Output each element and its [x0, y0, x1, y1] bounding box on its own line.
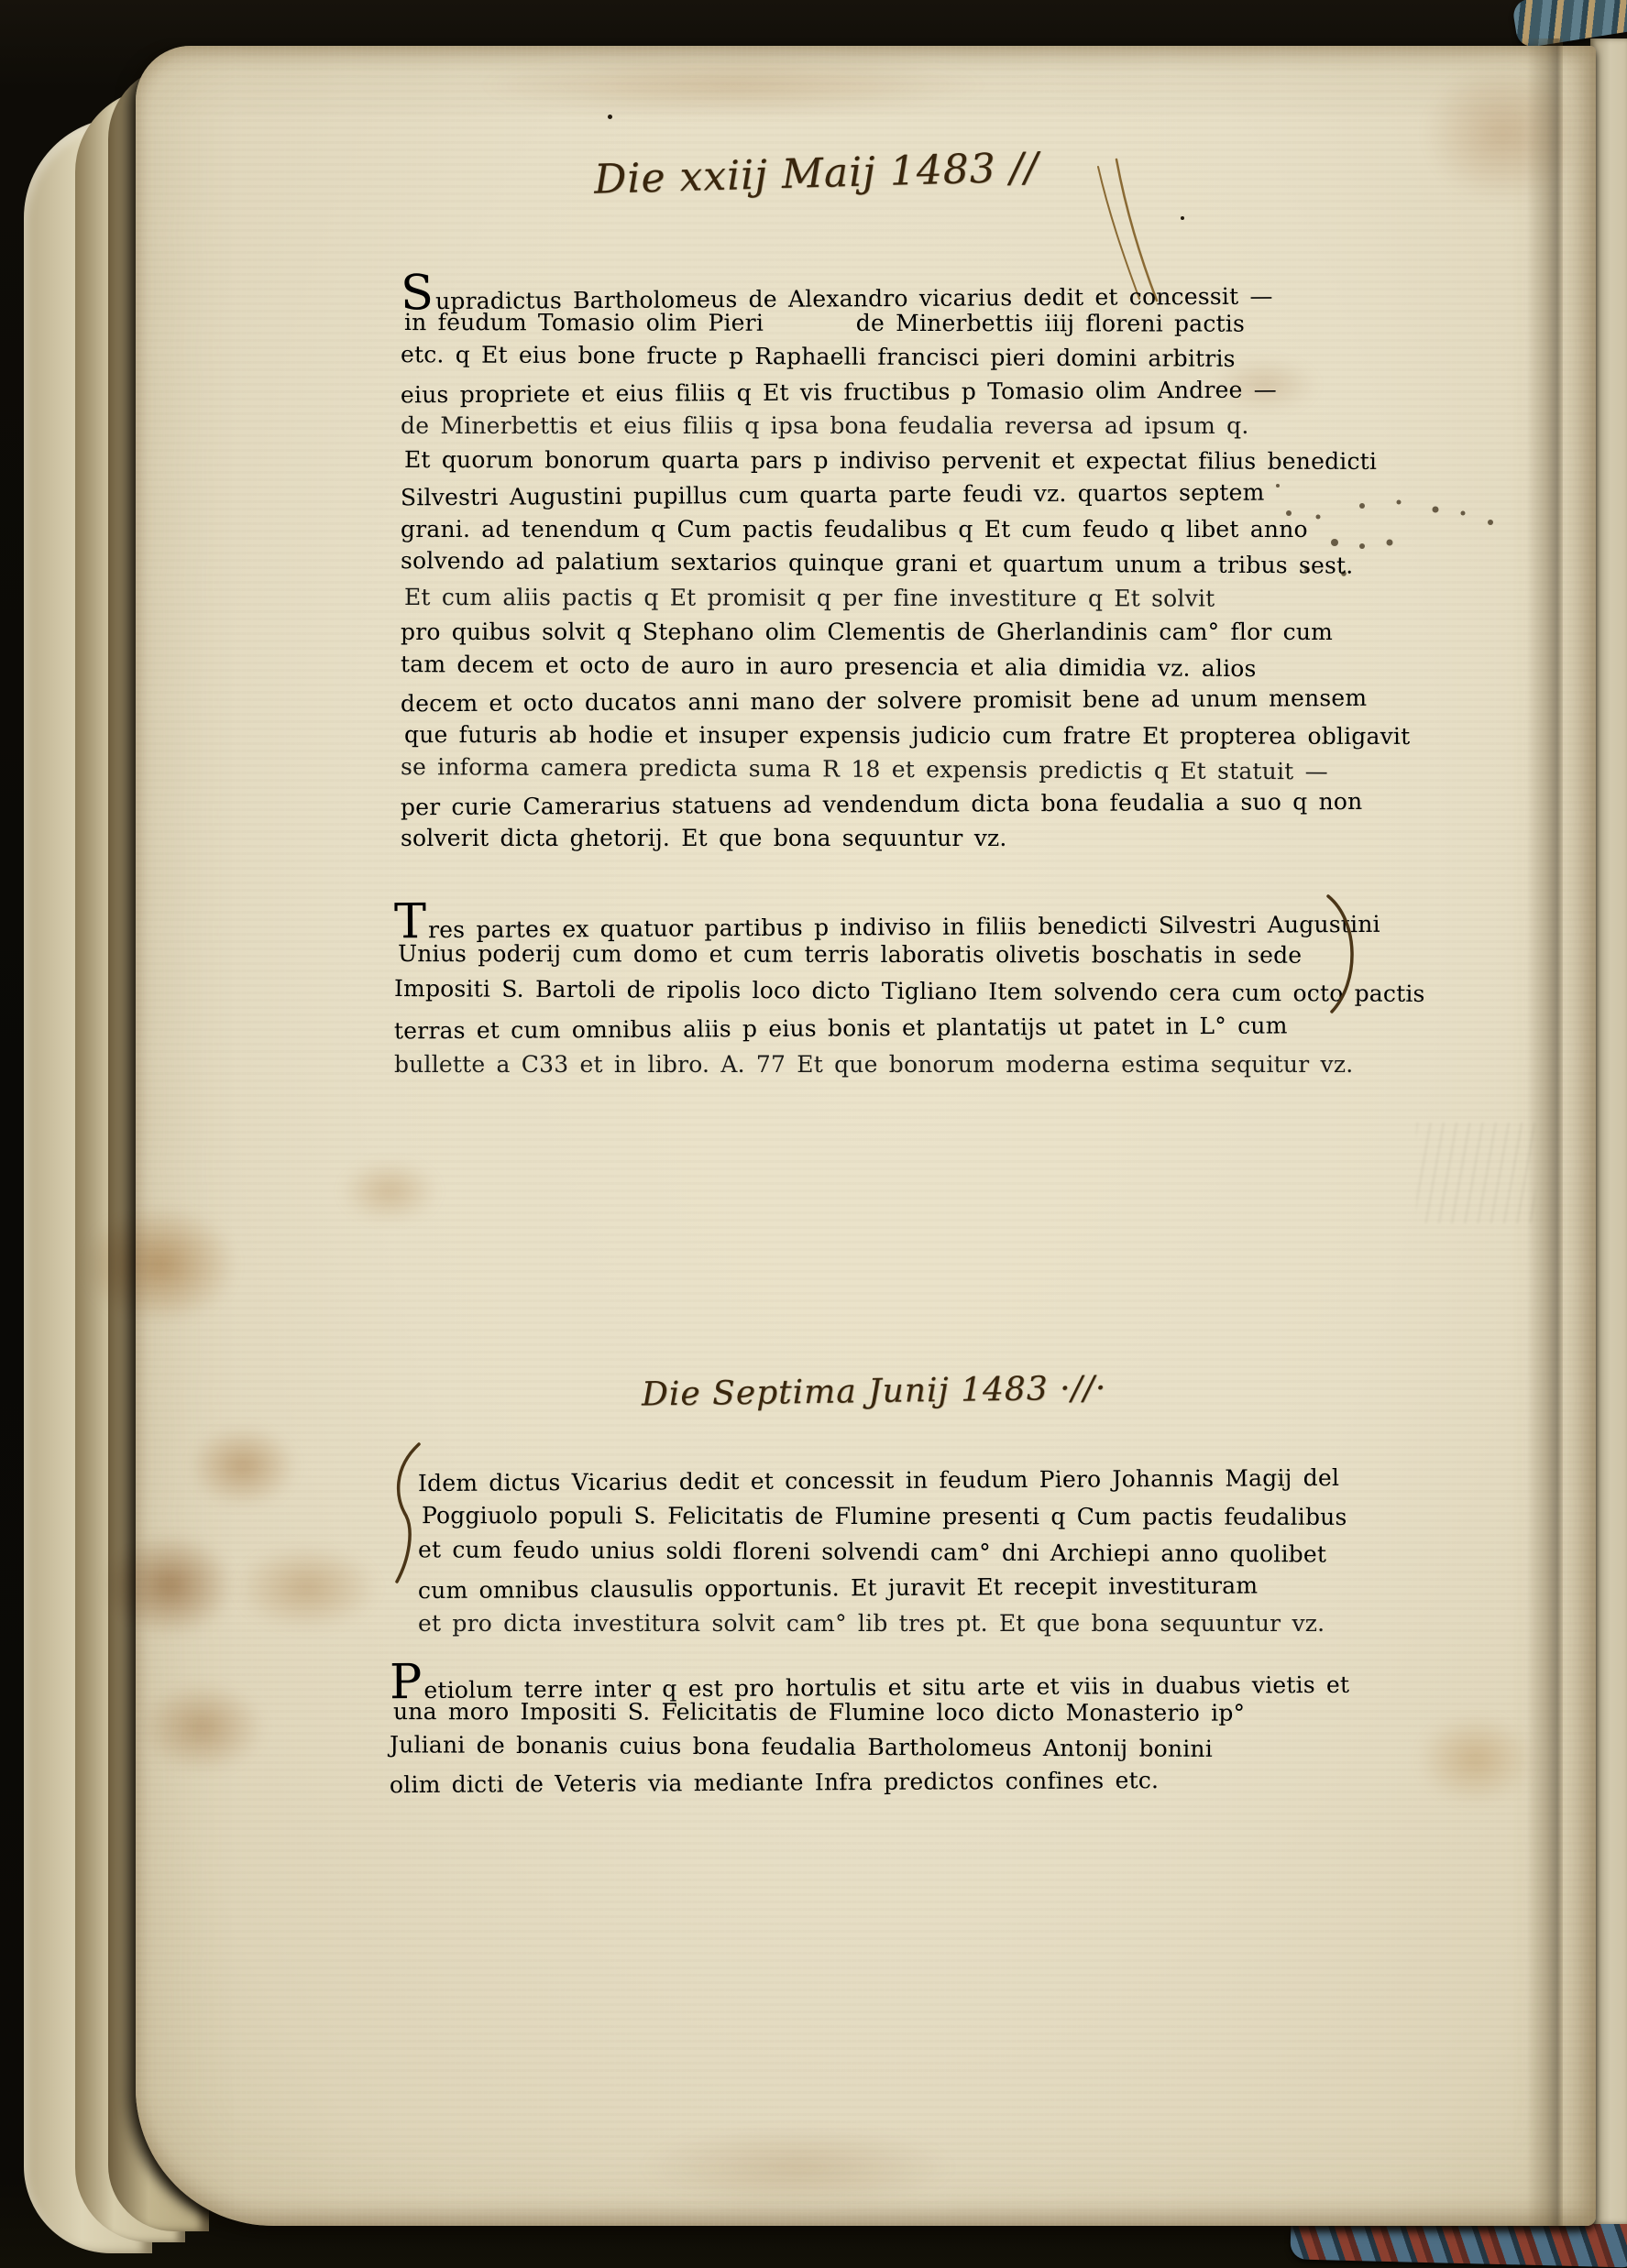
entry2-paragraph1: Idem dictus Vicarius dedit et concessit … [418, 1463, 1344, 1641]
manuscript-line: Petiolum terre inter q est pro hortulis … [390, 1658, 1349, 1698]
entry2-paragraph2: Petiolum terre inter q est pro hortulis … [390, 1660, 1349, 1800]
manuscript-line: cum omnibus clausulis opportunis. Et jur… [418, 1567, 1344, 1608]
manuscript-line: se informa camera predicta suma R 18 et … [401, 750, 1407, 789]
manuscript-line: etc. q Et eius bone fructe p Raphaelli f… [401, 337, 1407, 377]
manuscript-photo: Die xxiij Maij 1483 // Supradictus Barth… [0, 0, 1627, 2268]
stain [105, 1535, 234, 1636]
manuscript-line: pro quibus solvit q Stephano olim Clemen… [401, 615, 1406, 650]
adjacent-page-sliver [1590, 38, 1627, 2224]
manuscript-line: et pro dicta investitura solvit cam° lib… [418, 1605, 1344, 1641]
manuscript-line: Tres partes ex quatuor partibus p indivi… [394, 897, 1425, 940]
manuscript-line: Impositi S. Bartoli de ripolis loco dict… [394, 970, 1425, 1013]
manuscript-line: grani. ad tenendum q Cum pactis feudalib… [401, 512, 1406, 547]
manuscript-line: Juliani de bonanis cuius bona feudalia B… [390, 1727, 1349, 1767]
manuscript-line: solverit dicta ghetorij. Et que bona seq… [401, 821, 1406, 856]
manuscript-line: eius propriete et eius filiis q Et vis f… [401, 371, 1407, 411]
manuscript-line: Poggiuolo populi S. Felicitatis de Flumi… [422, 1497, 1347, 1535]
manuscript-line: olim dicti de Veteris via mediante Infra… [390, 1762, 1349, 1802]
manuscript-line: tam decem et octo de auro in auro presen… [401, 647, 1407, 686]
stain [234, 1544, 380, 1631]
ink-dot [1181, 216, 1184, 220]
manuscript-line: Et cum aliis pactis q Et promisit q per … [404, 580, 1410, 616]
manuscript-line: solvendo ad palatium sextarios quinque g… [401, 543, 1407, 583]
entry1-paragraph2: Tres partes ex quatuor partibus p indivi… [394, 900, 1425, 1083]
manuscript-line: que futuris ab hodie et insuper expensis… [404, 718, 1410, 753]
manuscript-line: Unius poderij cum domo et cum terris lab… [398, 936, 1429, 974]
ink-dot [608, 115, 612, 119]
stain [188, 1425, 298, 1507]
manuscript-line: terras et cum omnibus aliis p eius bonis… [394, 1007, 1425, 1050]
entry1-paragraph1: Supradictus Bartholomeus de Alexandro vi… [401, 271, 1406, 856]
stain [1425, 64, 1581, 202]
manuscript-line: et cum feudo unius soldi floreni solvend… [418, 1531, 1344, 1572]
manuscript-line: per curie Camerarius statuens ad vendend… [401, 783, 1407, 824]
closing-paren-flourish-icon [1323, 891, 1363, 1019]
manuscript-line: decem et octo ducatos anni mano der solv… [401, 681, 1407, 721]
stain [137, 1682, 266, 1773]
stain [642, 2126, 953, 2208]
stain [477, 53, 990, 117]
ink-bleedthrough [1416, 1123, 1535, 1223]
stain [1416, 1714, 1535, 1805]
manuscript-line: de Minerbettis et eius filiis q ipsa bon… [401, 409, 1406, 444]
manuscript-line: Et quorum bonorum quarta pars p indiviso… [404, 443, 1410, 478]
manuscript-line: una moro Impositi S. Felicitatis de Flum… [393, 1694, 1353, 1731]
stain [339, 1159, 440, 1223]
manuscript-line: Idem dictus Vicarius dedit et concessit … [418, 1460, 1344, 1501]
manuscript-line: bullette a C33 et in libro. A. 77 Et que… [394, 1046, 1425, 1083]
stain [82, 1205, 238, 1324]
manuscript-line: in feudum Tomasio olim Pieri de Minerbet… [404, 305, 1410, 341]
date-heading-2: Die Septima Junij 1483 ·//· [642, 1369, 1107, 1413]
manuscript-line: Supradictus Bartholomeus de Alexandro vi… [401, 268, 1407, 309]
manuscript-line: Silvestri Augustini pupillus cum quarta … [401, 475, 1407, 515]
